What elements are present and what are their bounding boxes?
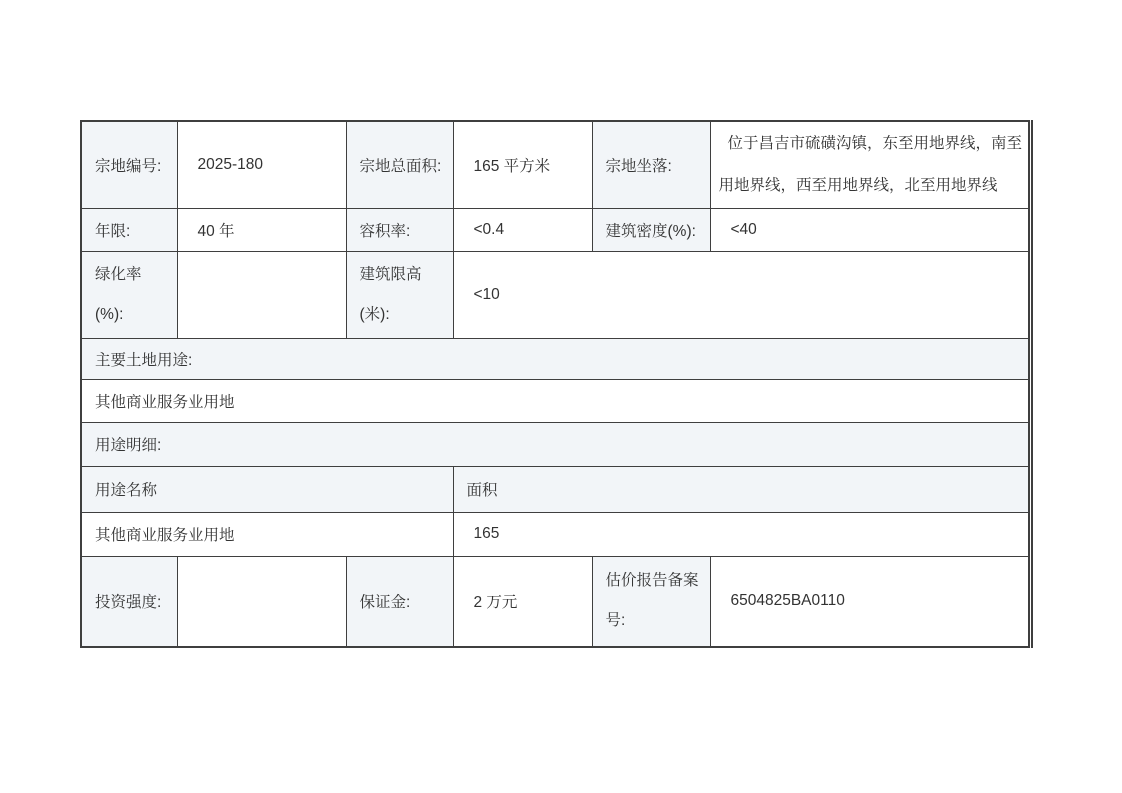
- building-density-label: 建筑密度(%):: [592, 208, 710, 251]
- table-outer-right-border: [1031, 120, 1033, 648]
- use-name-header: 用途名称: [81, 466, 453, 512]
- main-land-use-label: 主要土地用途:: [81, 338, 1029, 379]
- greening-rate-label: 绿化率 (%):: [81, 251, 177, 338]
- location-value: 位于昌吉市硫磺沟镇，东至用地界线，南至 用地界线，西至用地界线，北至用地界线: [710, 121, 1029, 208]
- plot-ratio-value: <0.4: [453, 208, 592, 251]
- height-limit-label: 建筑限高 (米):: [346, 251, 453, 338]
- appraisal-report-number-value: 6504825BA0110: [710, 556, 1029, 647]
- table-row: 宗地编号: 2025-180 宗地总面积: 165 平方米 宗地坐落: 位于昌吉…: [81, 121, 1029, 208]
- table-row: 用途名称 面积: [81, 466, 1029, 512]
- page: 宗地编号: 2025-180 宗地总面积: 165 平方米 宗地坐落: 位于昌吉…: [0, 0, 1122, 793]
- use-detail-label: 用途明细:: [81, 422, 1029, 466]
- greening-rate-label-line2: (%):: [95, 295, 176, 335]
- total-area-value: 165 平方米: [453, 121, 592, 208]
- building-density-value: <40: [710, 208, 1029, 251]
- investment-intensity-label: 投资强度:: [81, 556, 177, 647]
- tenure-value: 40 年: [177, 208, 346, 251]
- appraisal-report-number-label-line2: 号:: [606, 601, 709, 641]
- location-value-line1: 位于昌吉市硫磺沟镇，东至用地界线，南至: [719, 123, 1025, 165]
- plot-ratio-label: 容积率:: [346, 208, 453, 251]
- table-row: 主要土地用途:: [81, 338, 1029, 379]
- location-label: 宗地坐落:: [592, 121, 710, 208]
- deposit-label: 保证金:: [346, 556, 453, 647]
- use-area-value: 165: [453, 512, 1029, 556]
- table-row: 绿化率 (%): 建筑限高 (米): <10: [81, 251, 1029, 338]
- table-row: 投资强度: 保证金: 2 万元 估价报告备案 号: 6504825BA0110: [81, 556, 1029, 647]
- parcel-number-label: 宗地编号:: [81, 121, 177, 208]
- parcel-number-value: 2025-180: [177, 121, 346, 208]
- deposit-value: 2 万元: [453, 556, 592, 647]
- location-value-line2: 用地界线，西至用地界线，北至用地界线: [719, 165, 1025, 207]
- total-area-label: 宗地总面积:: [346, 121, 453, 208]
- table-row: 其他商业服务业用地: [81, 379, 1029, 422]
- appraisal-report-number-label: 估价报告备案 号:: [592, 556, 710, 647]
- table-row: 用途明细:: [81, 422, 1029, 466]
- land-parcel-table: 宗地编号: 2025-180 宗地总面积: 165 平方米 宗地坐落: 位于昌吉…: [80, 120, 1030, 648]
- tenure-label: 年限:: [81, 208, 177, 251]
- land-parcel-table-wrap: 宗地编号: 2025-180 宗地总面积: 165 平方米 宗地坐落: 位于昌吉…: [80, 120, 1030, 648]
- main-land-use-value: 其他商业服务业用地: [81, 379, 1029, 422]
- height-limit-label-line1: 建筑限高: [360, 255, 452, 295]
- investment-intensity-value: [177, 556, 346, 647]
- height-limit-value: <10: [453, 251, 1029, 338]
- table-row: 年限: 40 年 容积率: <0.4 建筑密度(%): <40: [81, 208, 1029, 251]
- greening-rate-value: [177, 251, 346, 338]
- table-row: 其他商业服务业用地 165: [81, 512, 1029, 556]
- greening-rate-label-line1: 绿化率: [95, 255, 176, 295]
- height-limit-label-line2: (米):: [360, 295, 452, 335]
- appraisal-report-number-label-line1: 估价报告备案: [606, 561, 709, 601]
- use-name-value: 其他商业服务业用地: [81, 512, 453, 556]
- area-header: 面积: [453, 466, 1029, 512]
